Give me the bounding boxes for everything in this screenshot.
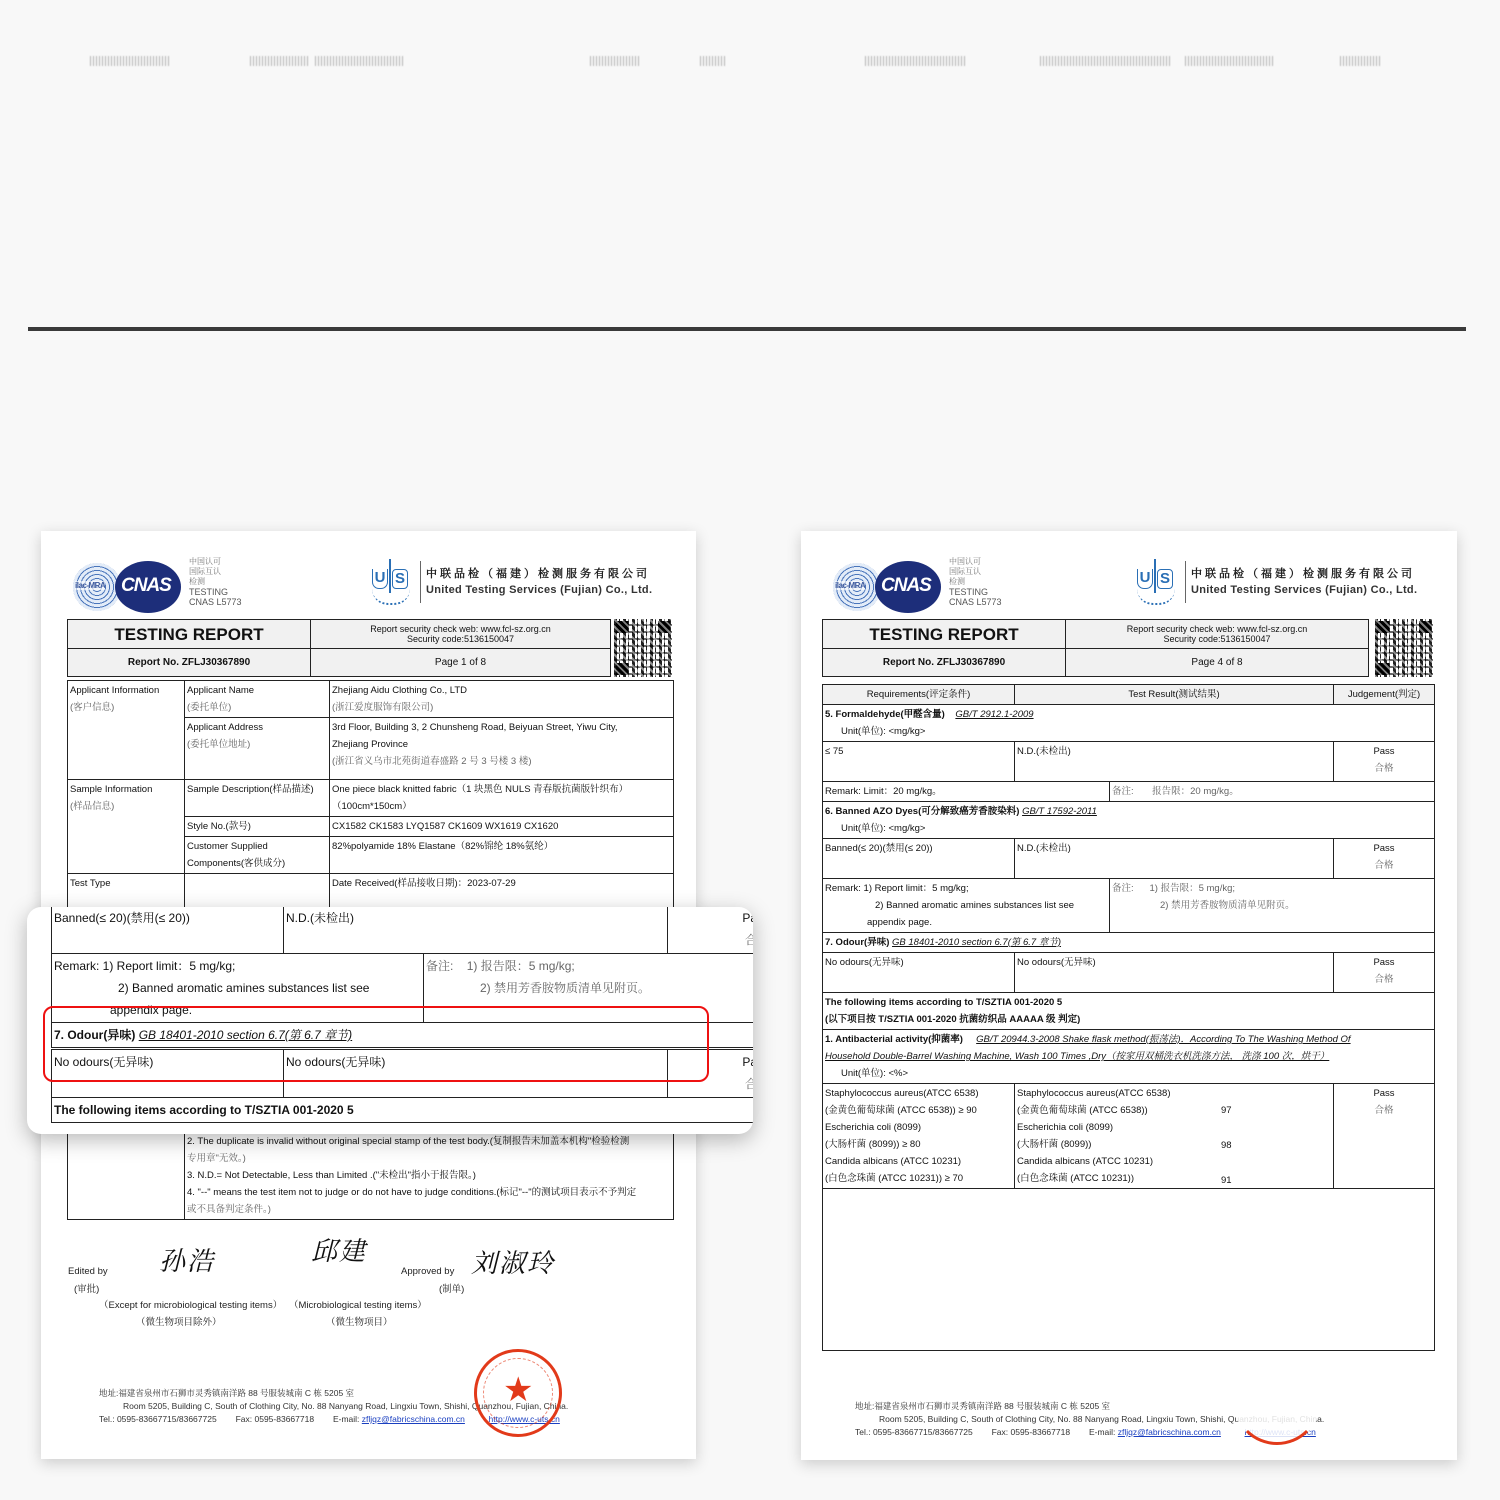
table-row: 2. The duplicate is invalid without orig… [68, 1132, 674, 1220]
star-icon: ★ [503, 1370, 533, 1410]
table-row: Remark: Limit：20 mg/kg。 备注: 报告限：20 mg/kg… [823, 782, 1435, 802]
approved-by-label-cn: (制单) [439, 1281, 464, 1295]
table-row: Remark: 1) Report limit：5 mg/kg;2) Banne… [823, 879, 1435, 933]
micro-label-cn: （微生物项目） [326, 1314, 393, 1328]
except-micro-label: （Except for microbiological testing item… [99, 1297, 282, 1311]
result-value: 97 [1221, 1102, 1232, 1119]
uts-icon: US [368, 559, 414, 605]
table-row: ≤ 75 N.D.(未检出) Pass合格 [823, 742, 1435, 782]
official-stamp: ★ [474, 1349, 562, 1437]
cnas-logo: ilac-MRA CNAS [73, 559, 183, 611]
notes-table: 2. The duplicate is invalid without orig… [67, 1131, 674, 1220]
report-title-block: TESTING REPORT Report security check web… [67, 619, 611, 677]
signature-approver: 刘淑玲 [471, 1243, 555, 1280]
table-row: 1. Antibacterial activity(抑菌率) GB/T 2094… [823, 1030, 1435, 1084]
cnas-logo: ilac-MRA CNAS [833, 559, 943, 611]
report-title: TESTING REPORT [823, 620, 1066, 649]
table-row: The following items according to T/SZTIA… [823, 993, 1435, 1030]
uts-company-logo: US 中联品检（福建）检测服务有限公司 United Testing Servi… [1133, 559, 1433, 609]
report-header: ilac-MRA CNAS 中国认可 国际互认 检测 TESTING CNAS … [71, 555, 668, 615]
edited-by-label-cn: (审批) [74, 1281, 99, 1295]
email-link[interactable]: zfljqz@fabricschina.com.cn [1118, 1427, 1221, 1437]
table-row: The following items according to T/SZTIA… [52, 1098, 754, 1123]
approved-by-label: Approved by [401, 1266, 454, 1277]
highlight-box [43, 1006, 709, 1082]
test-results-table: Requirements(评定条件) Test Result(测试结果) Jud… [822, 684, 1435, 1351]
report-header: ilac-MRA CNAS 中国认可 国际互认 检测 TESTING CNAS … [831, 555, 1429, 615]
table-row: Sample Information(样品信息) Sample Descript… [68, 780, 674, 817]
uts-icon: US [1133, 559, 1179, 605]
security-info: Report security check web: www.fcl-sz.or… [311, 620, 610, 649]
company-name-cn: 中联品检（福建）检测服务有限公司 [426, 565, 650, 581]
security-info: Report security check web: www.fcl-sz.or… [1066, 620, 1368, 649]
magnified-callout: Banned(≤ 20)(禁用(≤ 20)) N.D.(未检出) Pass合格 … [27, 907, 753, 1134]
qr-code-icon [614, 619, 672, 677]
qr-code-icon [1375, 619, 1433, 677]
cnas-icon: CNAS [875, 561, 941, 613]
testing-report-page-4: ilac-MRA CNAS 中国认可 国际互认 检测 TESTING CNAS … [801, 531, 1457, 1460]
report-number: Report No. ZFLJ30367890 [823, 649, 1066, 676]
table-row: 5. Formaldehyde(甲醛含量) GB/T 2912.1-2009Un… [823, 705, 1435, 742]
company-name-en: United Testing Services (Fujian) Co., Lt… [1191, 584, 1417, 596]
table-row: Banned(≤ 20)(禁用(≤ 20)) N.D.(未检出) Pass合格 [52, 907, 754, 954]
micro-label: （Microbiological testing items） [289, 1297, 427, 1311]
report-title-block: TESTING REPORT Report security check web… [822, 619, 1369, 677]
result-value: 98 [1221, 1137, 1232, 1154]
table-row [823, 1189, 1435, 1351]
illegible-header-text [90, 56, 1390, 70]
result-value: 91 [1221, 1172, 1232, 1189]
report-title: TESTING REPORT [68, 620, 311, 649]
applicant-info-table: Applicant Information(客户信息) Applicant Na… [67, 680, 674, 914]
company-name-cn: 中联品检（福建）检测服务有限公司 [1191, 565, 1415, 581]
report-number: Report No. ZFLJ30367890 [68, 649, 311, 676]
email-link[interactable]: zfljqz@fabricschina.com.cn [362, 1414, 465, 1424]
ilac-mra-icon: ilac-MRA [833, 563, 881, 611]
table-row: Staphylococcus aureus(ATCC 6538)(金黄色葡萄球菌… [823, 1084, 1435, 1189]
table-header-row: Requirements(评定条件) Test Result(测试结果) Jud… [823, 685, 1435, 705]
table-row: 7. Odour(异味) GB 18401-2010 section 6.7(第… [823, 933, 1435, 953]
page-number: Page 1 of 8 [311, 649, 610, 676]
cnas-accreditation-text: 中国认可 国际互认 检测 TESTING CNAS L5773 [189, 557, 242, 607]
table-row: Applicant Information(客户信息) Applicant Na… [68, 681, 674, 718]
edited-by-label: Edited by [68, 1266, 108, 1277]
callout-table: Banned(≤ 20)(禁用(≤ 20)) N.D.(未检出) Pass合格 [51, 907, 753, 954]
uts-company-logo: US 中联品检（福建）检测服务有限公司 United Testing Servi… [368, 559, 668, 609]
faded-stamp [1233, 1357, 1321, 1445]
cnas-icon: CNAS [115, 561, 181, 613]
table-row: 6. Banned AZO Dyes(可分解致癌芳香胺染料) GB/T 1759… [823, 802, 1435, 839]
ilac-mra-icon: ilac-MRA [73, 563, 121, 611]
company-name-en: United Testing Services (Fujian) Co., Lt… [426, 584, 652, 596]
except-micro-label-cn: （微生物项目除外） [136, 1314, 222, 1328]
table-row: Banned(≤ 20)(禁用(≤ 20)) N.D.(未检出) Pass合格 [823, 839, 1435, 879]
page-number: Page 4 of 8 [1066, 649, 1368, 676]
signature-micro: 邱建 [311, 1231, 367, 1268]
cnas-accreditation-text: 中国认可 国际互认 检测 TESTING CNAS L5773 [949, 557, 1002, 607]
signature-editor: 孙浩 [159, 1241, 215, 1278]
section-divider [28, 327, 1466, 331]
table-row: No odours(无异味) No odours(无异味) Pass合格 [823, 953, 1435, 993]
